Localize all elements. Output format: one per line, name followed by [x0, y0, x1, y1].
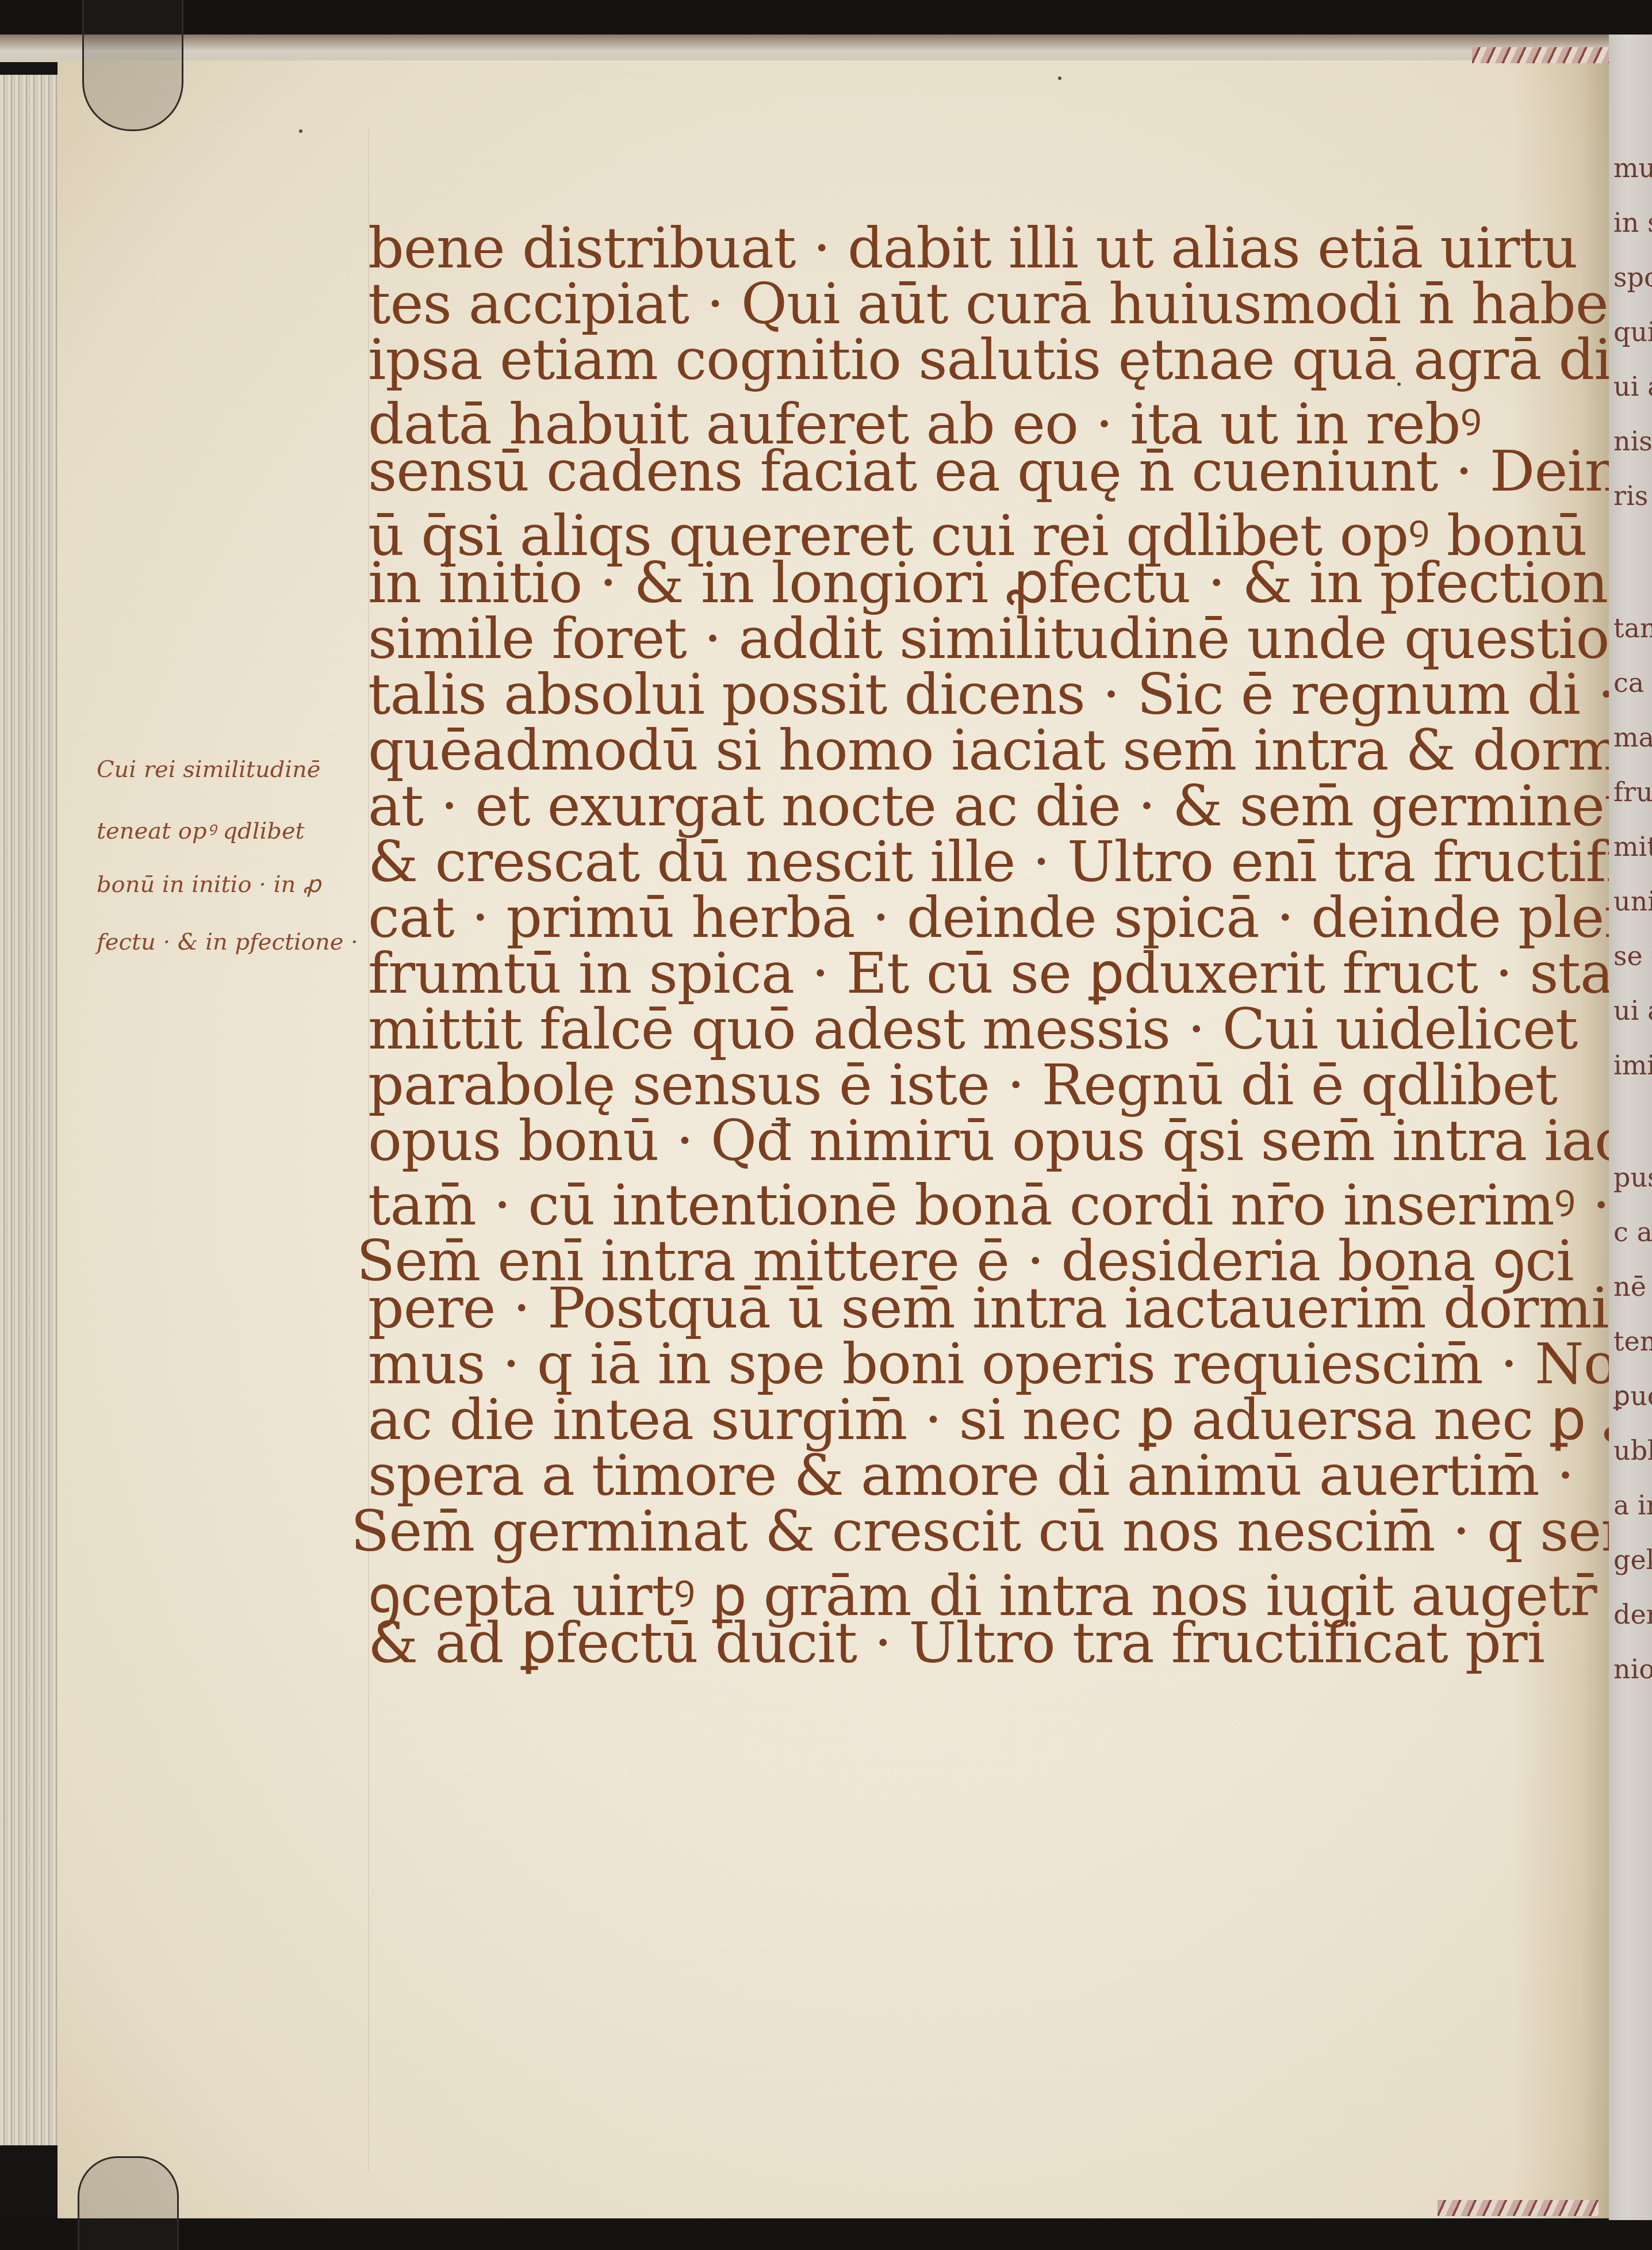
facing-text-line: mu h [1613, 152, 1652, 183]
decorated-edge-bottom [1438, 2200, 1599, 2216]
facing-text-line: imi atte [1613, 1050, 1652, 1081]
facing-text-line: in spi [1613, 207, 1652, 238]
facing-text-line: ui an [1613, 371, 1652, 402]
facing-text-line: tanta [1613, 613, 1652, 644]
parchment-speck [299, 129, 302, 133]
facing-text-line: uniquē [1613, 886, 1652, 917]
page-stack-edge [0, 75, 59, 2145]
dark-background-bottom [0, 2218, 1652, 2250]
facing-text-line: mittit [1613, 831, 1652, 862]
facing-text-line: nis im [1613, 426, 1652, 457]
decorated-edge-top [1472, 47, 1610, 63]
facing-page-edge: mu h in spi sponc quide ui an nis im ris… [1609, 35, 1652, 2220]
facing-text-line: a in mun [1613, 1490, 1652, 1521]
facing-text-line: ca in o [1613, 667, 1652, 698]
facing-text-line: fruct · [1613, 776, 1652, 808]
page-clip-bottom [78, 2156, 179, 2250]
page-clip-top [82, 0, 183, 131]
parchment-speck [1058, 76, 1061, 80]
facing-text-line: nē tale [1613, 1271, 1652, 1302]
facing-text-line: quide [1613, 316, 1652, 347]
facing-text-line: demones [1613, 1599, 1652, 1630]
facing-text-line: ꝑuenire [1613, 1380, 1652, 1411]
facing-text-line: tem ad p [1613, 1326, 1652, 1357]
facing-text-line: sponc [1613, 262, 1652, 293]
marginal-note-line: teneat opꝰ qdlibet [97, 814, 305, 845]
binding-edge-top [0, 35, 1652, 62]
facing-text-line: niones cu [1613, 1654, 1652, 1685]
marginal-note-line: Cui rei similitudinē [97, 756, 320, 783]
facing-text-line: c actio [1613, 1216, 1652, 1248]
text-line: & ad ꝑfectū ducit · Ultro tra fructifica… [368, 1610, 1544, 1676]
marginal-note-line: fectu · & in pfectione · [97, 929, 358, 955]
facing-text-line: ris bor [1613, 480, 1652, 511]
facing-text-line: ublica fi [1613, 1435, 1652, 1466]
facing-text-line: pusille f [1613, 1162, 1652, 1193]
facing-text-line: se urta [1613, 940, 1652, 971]
facing-text-line: maturi [1613, 722, 1652, 753]
facing-text-line: gelio · pi [1613, 1544, 1652, 1575]
facing-text-line: ui ad [1613, 995, 1652, 1026]
marginal-note-line: bonū in initio · in ꝓ [97, 871, 321, 898]
